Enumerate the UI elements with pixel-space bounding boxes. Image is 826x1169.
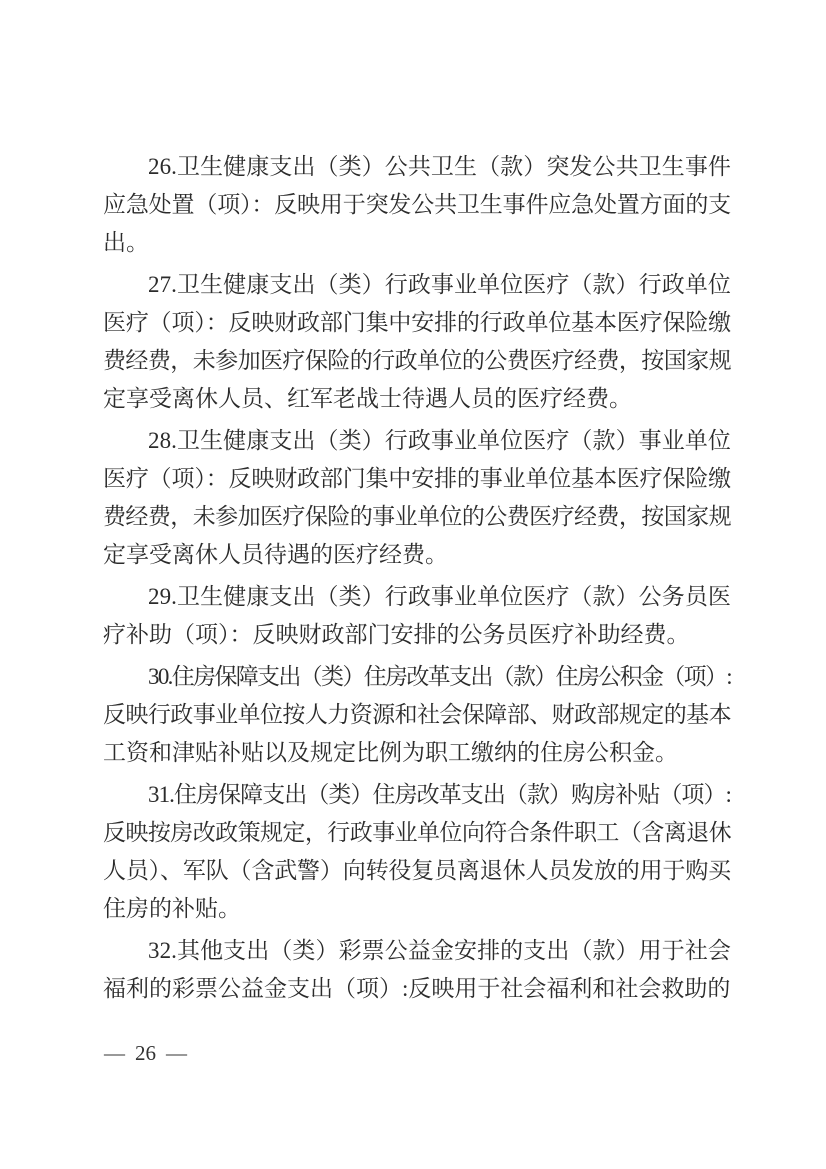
text-line-content: 福利的彩票公益金支出（项）:反映用于社会福利和社会救助的 xyxy=(103,970,730,1008)
text-line-content: 疗补助（项）：反映财政部门安排的公务员医疗补助经费。 xyxy=(103,616,690,654)
text-line: 医疗（项）：反映财政部门集中安排的行政单位基本医疗保险缴 xyxy=(103,304,731,342)
page-number: 26 xyxy=(135,1038,156,1068)
text-line: 反映按房改政策规定，行政事业单位向符合条件职工（含离退休 xyxy=(103,814,731,852)
text-line-content: 费经费，未参加医疗保险的行政单位的公费医疗经费，按国家规 xyxy=(103,342,731,380)
text-line-content: 反映按房改政策规定，行政事业单位向符合条件职工（含离退休 xyxy=(103,814,731,852)
paragraph-1: 26.卫生健康支出（类）公共卫生（款）突发公共卫生事件应急处置（项）：反映用于突… xyxy=(103,148,731,262)
text-line: 出。 xyxy=(103,224,731,262)
text-line: 27.卫生健康支出（类）行政事业单位医疗（款）行政单位 xyxy=(103,266,731,304)
paragraph-3: 28.卫生健康支出（类）行政事业单位医疗（款）事业单位医疗（项）：反映财政部门集… xyxy=(103,422,731,574)
document-body: 26.卫生健康支出（类）公共卫生（款）突发公共卫生事件应急处置（项）：反映用于突… xyxy=(103,148,731,1012)
text-line: 人员）、军队（含武警）向转役复员离退休人员发放的用于购买 xyxy=(103,852,731,890)
text-line: 26.卫生健康支出（类）公共卫生（款）突发公共卫生事件 xyxy=(103,148,731,186)
text-line-content: 医疗（项）：反映财政部门集中安排的事业单位基本医疗保险缴 xyxy=(103,460,731,498)
text-line-content: 29.卫生健康支出（类）行政事业单位医疗（款）公务员医 xyxy=(148,578,731,616)
text-line: 费经费，未参加医疗保险的行政单位的公费医疗经费，按国家规 xyxy=(103,342,731,380)
text-line: 28.卫生健康支出（类）行政事业单位医疗（款）事业单位 xyxy=(103,422,731,460)
paragraph-5: 30.住房保障支出（类）住房改革支出（款）住房公积金（项）:反映行政事业单位按人… xyxy=(103,658,731,772)
text-line-content: 28.卫生健康支出（类）行政事业单位医疗（款）事业单位 xyxy=(148,422,731,460)
text-line-content: 定享受离休人员、红军老战士待遇人员的医疗经费。 xyxy=(103,380,632,418)
text-line: 应急处置（项）：反映用于突发公共卫生事件应急处置方面的支 xyxy=(103,186,731,224)
paragraph-7: 32.其他支出（类）彩票公益金安排的支出（款）用于社会福利的彩票公益金支出（项）… xyxy=(103,932,731,1008)
text-line: 费经费，未参加医疗保险的事业单位的公费医疗经费，按国家规 xyxy=(103,498,731,536)
text-line: 30.住房保障支出（类）住房改革支出（款）住房公积金（项）: xyxy=(103,658,731,696)
footer-dash-right: — xyxy=(166,1038,187,1068)
text-line-content: 出。 xyxy=(103,224,149,262)
text-line-content: 32.其他支出（类）彩票公益金安排的支出（款）用于社会 xyxy=(148,932,731,970)
text-line-content: 26.卫生健康支出（类）公共卫生（款）突发公共卫生事件 xyxy=(148,148,731,186)
text-line-content: 费经费，未参加医疗保险的事业单位的公费医疗经费，按国家规 xyxy=(103,498,731,536)
text-line-content: 定享受离休人员待遇的医疗经费。 xyxy=(103,536,448,574)
paragraph-2: 27.卫生健康支出（类）行政事业单位医疗（款）行政单位医疗（项）：反映财政部门集… xyxy=(103,266,731,418)
text-line: 反映行政事业单位按人力资源和社会保障部、财政部规定的基本 xyxy=(103,696,731,734)
text-line-content: 应急处置（项）：反映用于突发公共卫生事件应急处置方面的支 xyxy=(103,186,731,224)
text-line: 31.住房保障支出（类）住房改革支出（款）购房补贴（项）: xyxy=(103,776,731,814)
text-line: 32.其他支出（类）彩票公益金安排的支出（款）用于社会 xyxy=(103,932,731,970)
page-footer: — 26 — xyxy=(104,1038,187,1068)
text-line-content: 医疗（项）：反映财政部门集中安排的行政单位基本医疗保险缴 xyxy=(103,304,731,342)
text-line: 定享受离休人员待遇的医疗经费。 xyxy=(103,536,731,574)
text-line: 住房的补贴。 xyxy=(103,890,731,928)
text-line: 29.卫生健康支出（类）行政事业单位医疗（款）公务员医 xyxy=(103,578,731,616)
text-line-content: 反映行政事业单位按人力资源和社会保障部、财政部规定的基本 xyxy=(103,696,731,734)
text-line-content: 人员）、军队（含武警）向转役复员离退休人员发放的用于购买 xyxy=(103,852,731,890)
text-line: 工资和津贴补贴以及规定比例为职工缴纳的住房公积金。 xyxy=(103,734,731,772)
text-line-content: 工资和津贴补贴以及规定比例为职工缴纳的住房公积金。 xyxy=(103,734,678,772)
document-page: 26.卫生健康支出（类）公共卫生（款）突发公共卫生事件应急处置（项）：反映用于突… xyxy=(0,0,826,1169)
text-line-content: 27.卫生健康支出（类）行政事业单位医疗（款）行政单位 xyxy=(148,266,731,304)
text-line: 疗补助（项）：反映财政部门安排的公务员医疗补助经费。 xyxy=(103,616,731,654)
paragraph-4: 29.卫生健康支出（类）行政事业单位医疗（款）公务员医疗补助（项）：反映财政部门… xyxy=(103,578,731,654)
footer-dash-left: — xyxy=(104,1038,125,1068)
text-line: 医疗（项）：反映财政部门集中安排的事业单位基本医疗保险缴 xyxy=(103,460,731,498)
text-line-content: 住房的补贴。 xyxy=(103,890,241,928)
text-line: 福利的彩票公益金支出（项）:反映用于社会福利和社会救助的 xyxy=(103,970,731,1008)
text-line-content: 30.住房保障支出（类）住房改革支出（款）住房公积金（项）: xyxy=(148,658,731,696)
text-line: 定享受离休人员、红军老战士待遇人员的医疗经费。 xyxy=(103,380,731,418)
paragraph-6: 31.住房保障支出（类）住房改革支出（款）购房补贴（项）:反映按房改政策规定，行… xyxy=(103,776,731,928)
text-line-content: 31.住房保障支出（类）住房改革支出（款）购房补贴（项）: xyxy=(148,776,731,814)
